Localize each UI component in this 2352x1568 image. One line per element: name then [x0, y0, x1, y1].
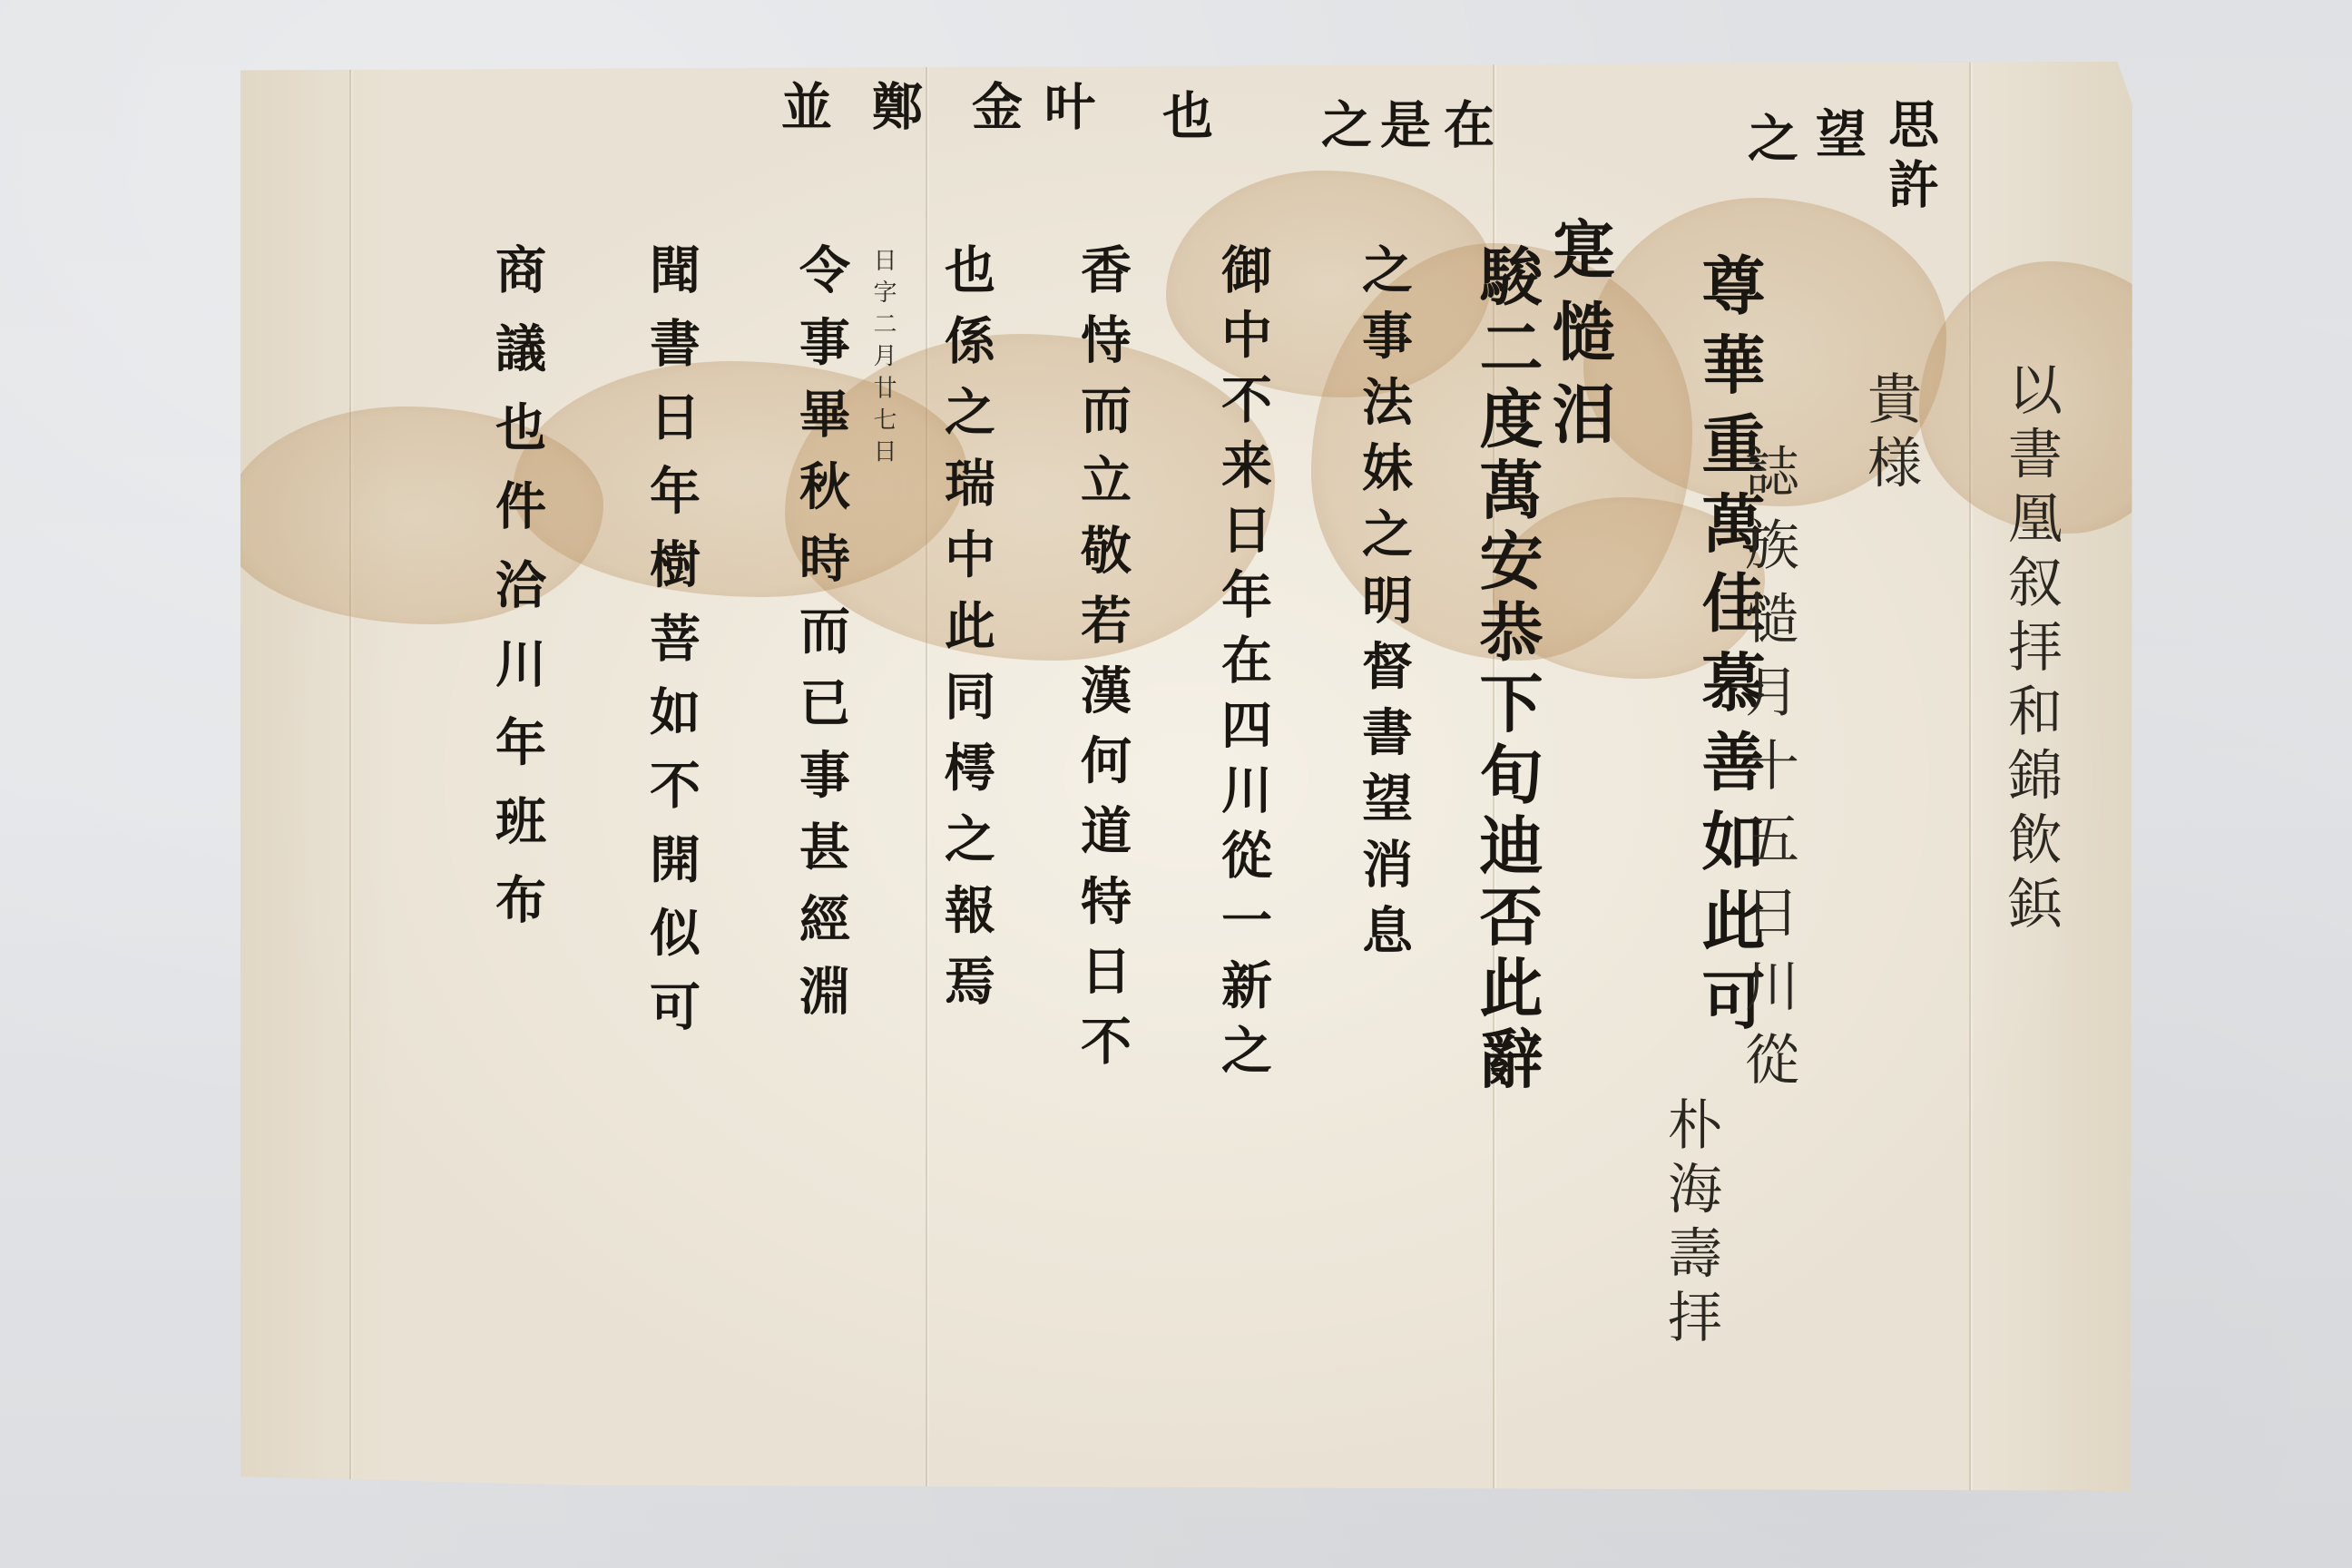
- top-fragment: 並: [767, 80, 839, 140]
- top-fragment: 之: [1733, 112, 1806, 171]
- top-fragment: 金: [957, 80, 1030, 140]
- closing-column: 商議也件洽川年班布: [481, 243, 554, 952]
- top-fragment: 也: [1148, 89, 1220, 149]
- top-fragment: 在: [1429, 98, 1502, 158]
- column-13: 令事畢秋時而已事甚經淵: [785, 243, 857, 1037]
- column-6: 誌族慥月十五日川從: [1729, 443, 1807, 1104]
- column-1: 以書凰叙拝和錦飲鋲: [1992, 361, 2070, 939]
- signature: 朴海壽拝: [1651, 1096, 1730, 1353]
- column-8: 駿二度萬安恭下旬迪否此辭: [1461, 243, 1553, 1097]
- column-11: 香恃而立敬若漢何道特日不: [1066, 243, 1139, 1084]
- letter-paper: 思許 望 之 在 是 之 也 叶 金 鄭 並 以書凰叙拝和錦飲鋲 貴様 尊華重萬…: [240, 62, 2132, 1491]
- date-annotation: 日字二月廿七日: [867, 248, 900, 471]
- top-fragment: 望: [1801, 107, 1874, 167]
- top-fragment: 之: [1307, 98, 1379, 158]
- top-fragment: 鄭: [857, 80, 930, 140]
- column-12: 也係之瑞中此同樗之報焉: [930, 243, 1003, 1025]
- column-9: 之事法妹之明督書望消息: [1347, 243, 1420, 970]
- text-columns: 思許 望 之 在 是 之 也 叶 金 鄭 並 以書凰叙拝和錦飲鋲 貴様 尊華重萬…: [240, 62, 2132, 1491]
- column-14: 聞書日年樹菩如不開似可: [635, 243, 708, 1053]
- top-fragment: 思許: [1874, 98, 1946, 218]
- column-2: 貴様: [1851, 370, 1929, 499]
- top-fragment: 叶: [1030, 80, 1102, 140]
- column-10: 御中不来日年在四川從一新之: [1207, 243, 1279, 1089]
